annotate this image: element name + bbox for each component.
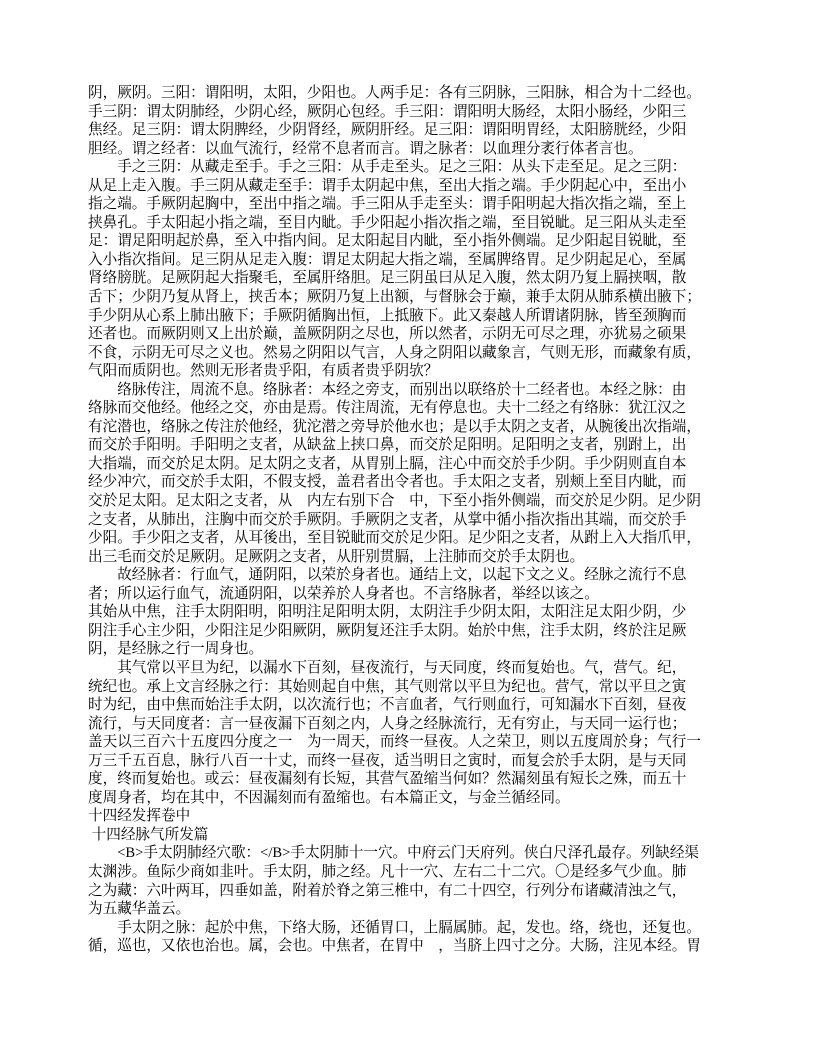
text-line: 络脉传注，周流不息。络脉者：本经之旁支，而别出以联络於十二经者也。本经之脉：由	[88, 381, 748, 400]
text-line: 度，终而复始也。或云：昼夜漏刻有长短，其营气盈缩当何如？然漏刻虽有短长之殊，而五…	[88, 770, 748, 789]
text-line: 盖天以三百六十五度四分度之一 为一周天，而终一昼夜。人之荣卫，则以五度周於身；气…	[88, 733, 748, 752]
text-line: 出三毛而交於足厥阴。足厥阴之支者，从肝别贯膈，上注肺而交於手太阴也。	[88, 548, 748, 567]
text-line: <B>手太阴肺经穴歌：</B>手太阴肺十一穴。中府云门天府列。侠白尺泽孔最存。列…	[88, 844, 748, 863]
text-line: 太渊涉。鱼际少商如韭叶。手太阴，肺之经。凡十一穴、左右二十二穴。〇是经多气少血。…	[88, 863, 748, 882]
text-line: 时为纪，由中焦而始注手太阴，以次流行也；不言血者，气行则血行，可知漏水下百刻，昼…	[88, 696, 748, 715]
text-line: 而交於手阳明。手阳明之支者，从缺盆上挟口鼻，而交於足阳明。足阳明之支者，别跗上，…	[88, 436, 748, 455]
text-line: 肾络膀胱。足厥阴起大指聚毛，至属肝络胆。足三阴虽曰从足入腹，然太阴乃复上膈挟咽，…	[88, 269, 748, 288]
text-line: 流行，与天同度者：言一昼夜漏下百刻之内，人身之经脉流行，无有穷止，与天同一运行也…	[88, 715, 748, 734]
text-line: 其始从中焦，注手太阴阳明，阳明注足阳明太阴，太阴注手少阴太阳，太阳注足太阳少阴，…	[88, 603, 748, 622]
text-line: 手太阴之脉：起於中焦，下络大肠，还循胃口，上膈属肺。起，发也。络，绕也，还复也。	[88, 919, 748, 938]
text-line: 之为藏：六叶两耳，四垂如盖，附着於脊之第三椎中，有二十四空，行列分布诸藏清浊之气…	[88, 882, 748, 901]
text-line: 入小指次指间。足三阴从足走入腹：谓足太阴起大指之端，至属脾络胃。足少阴起足心，至…	[88, 251, 748, 270]
text-line: 之支者，从肺出，注胸中而交於手厥阴。手厥阴之支者，从掌中循小指次指出其端，而交於…	[88, 511, 748, 530]
text-line: 者；所以运行血气，流通阴阳，以荣养於人身者也。不言络脉者，举经以该之。	[88, 585, 748, 604]
text-line: 气阳而质阴也。然则无形者贵乎阳，有质者贵乎阴欤？	[88, 362, 748, 381]
text-line: 手三阴：谓太阴肺经，少阴心经，厥阴心包经。手三阳：谓阳明大肠经，太阳小肠经，少阳…	[88, 103, 748, 122]
text-line: 还者也。而厥阴则又上出於巅，盖厥阴阴之尽也，所以然者，示阴无可尽之理，亦犹易之硕…	[88, 325, 748, 344]
text-line: 少阳。手少阳之支者，从耳後出，至目锐眦而交於足少阳。足少阳之支者，从跗上入大指爪…	[88, 529, 748, 548]
text-line: 舌下；少阴乃复从肾上，挟舌本；厥阴乃复上出额，与督脉会于巅，兼手太阴从肺系横出腋…	[88, 288, 748, 307]
text-line: 手之三阴：从藏走至手。手之三阳：从手走至头。足之三阳：从头下走至足。足之三阴：	[88, 158, 748, 177]
text-line: 阴，厥阴。三阳：谓阳明，太阳，少阳也。人两手足：各有三阴脉，三阳脉，相合为十二经…	[88, 84, 748, 103]
text-line: 从足上走入腹。手三阴从藏走至手：谓手太阴起中焦，至出大指之端。手少阴起心中，至出…	[88, 177, 748, 196]
text-line: 统纪也。承上文言经脉之行：其始则起自中焦，其气则常以平旦为纪也。营气，常以平旦之…	[88, 678, 748, 697]
text-line: 络脉而交他经。他经之交，亦由是焉。传注周流，无有停息也。夫十二经之有络脉：犹江汉…	[88, 399, 748, 418]
text-line: 度周身者，均在其中，不因漏刻而有盈缩也。右本篇正文，与金兰循经同。	[88, 789, 748, 808]
text-line: 阴注手心主少阳，少阳注足少阳厥阴，厥阴复还注手太阴。始於中焦，注手太阴，终於注足…	[88, 622, 748, 641]
text-line: 指之端。手厥阴起胸中，至出中指之端。手三阳从手走至头：谓手阳明起大指次指之端，至…	[88, 195, 748, 214]
text-line: 经少冲穴，而交於手太阳，不假支授，盖君者出令者也。手太阳之支者，别颊上至目内眦，…	[88, 473, 748, 492]
document-page: 阴，厥阴。三阳：谓阳明，太阳，少阳也。人两手足：各有三阴脉，三阳脉，相合为十二经…	[0, 0, 816, 1056]
text-line: 十四经脉气所发篇	[88, 826, 748, 845]
text-line: 万三千五百息，脉行八百一十丈，而终一昼夜，适当明日之寅时，而复会於手太阴，是与天…	[88, 752, 748, 771]
text-line: 为五藏华盖云。	[88, 900, 748, 919]
text-line: 其气常以平旦为纪，以漏水下百刻，昼夜流行，与天同度，终而复始也。气，营气。纪，	[88, 659, 748, 678]
text-line: 交於足太阳。足太阳之支者，从 内左右别下合 中，下至小指外侧端，而交於足少阴。足…	[88, 492, 748, 511]
text-line: 不食，示阴无可尽之义也。然易之阴阳以气言，人身之阴阳以藏象言，气则无形，而藏象有…	[88, 344, 748, 363]
text-line: 挟鼻孔。手太阳起小指之端，至目内眦。手少阳起小指次指之端，至目锐眦。足三阳从头走…	[88, 214, 748, 233]
text-line: 大指端，而交於足太阴。足太阴之支者，从胃别上膈，注心中而交於手少阴。手少阴则直自…	[88, 455, 748, 474]
text-line: 十四经发挥卷中	[88, 807, 748, 826]
text-line: 故经脉者：行血气，通阴阳，以荣於身者也。通结上文，以起下文之义。经脉之流行不息	[88, 566, 748, 585]
text-line: 循，巡也，又依也治也。属，会也。中焦者，在胃中 ，当脐上四寸之分。大肠，注见本经…	[88, 937, 748, 956]
text-line: 足：谓足阳明起於鼻，至入中指内间。足太阳起目内眦，至小指外侧端。足少阳起目锐眦，…	[88, 232, 748, 251]
text-line: 有沱潜也，络脉之传注於他经，犹沱潜之旁导於他水也；是以手太阴之支者，从腕後出次指…	[88, 418, 748, 437]
text-line: 手少阴从心系上肺出腋下；手厥阴循胸出恒，上抵腋下。此又秦越人所谓诸阴脉，皆至颈胸…	[88, 307, 748, 326]
text-line: 阴，是经脉之行一周身也。	[88, 640, 748, 659]
text-line: 焦经。足三阴：谓太阴脾经，少阴肾经，厥阴肝经。足三阳：谓阳明胃经，太阳膀胱经，少…	[88, 121, 748, 140]
document-text-block: 阴，厥阴。三阳：谓阳明，太阳，少阳也。人两手足：各有三阴脉，三阳脉，相合为十二经…	[88, 84, 748, 956]
text-line: 胆经。谓之经者：以血气流行，经常不息者而言。谓之脉者：以血理分袤行体者言也。	[88, 140, 748, 159]
